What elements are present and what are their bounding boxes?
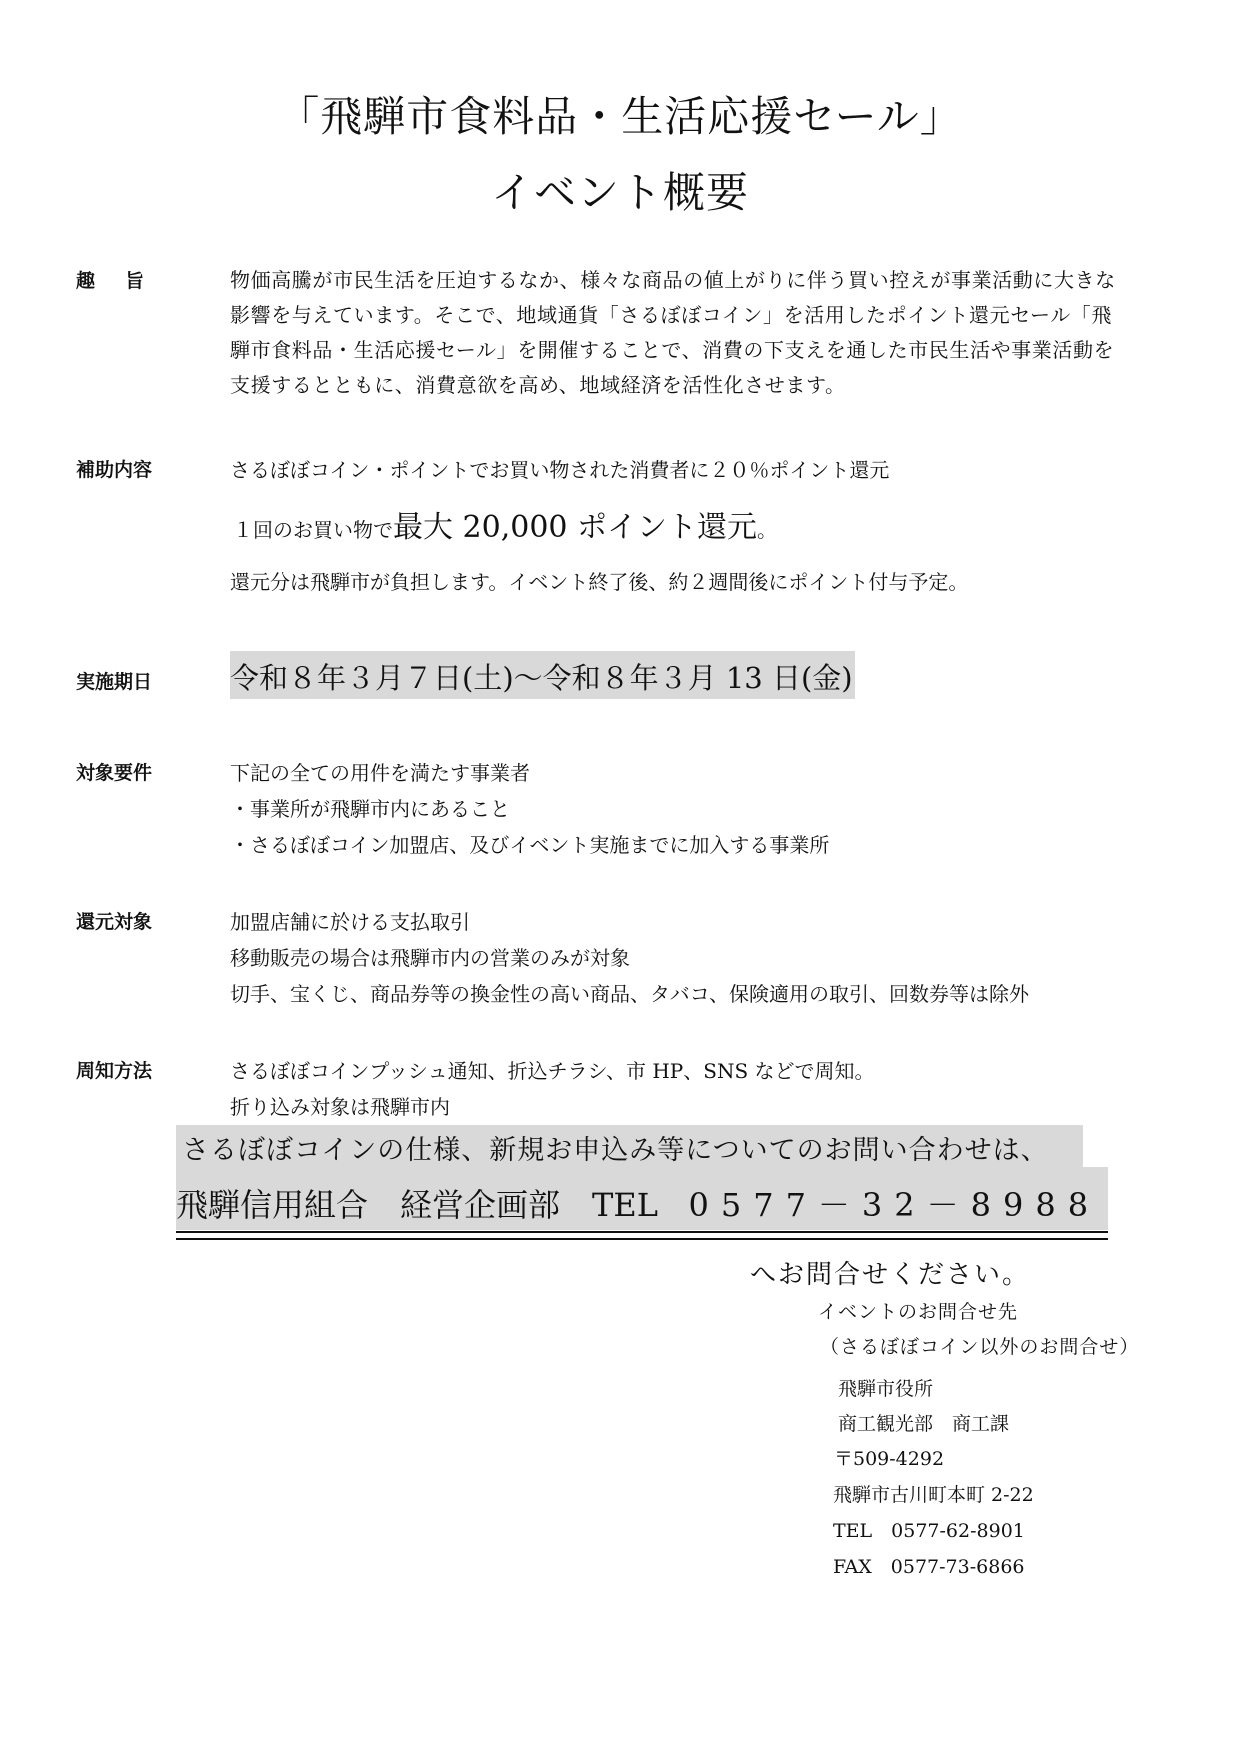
section-label-publicity: 周知方法 (76, 1056, 152, 1083)
section-label-eligibility: 対象要件 (76, 758, 152, 785)
document-subtitle: イベント概要 (0, 160, 1240, 220)
coin-contact-org: 飛騨信用組合 経営企画部 TEL (176, 1186, 658, 1224)
subsidy-rate-line: さるぼぼコイン・ポイントでお買い物された消費者に２０％ポイント還元 (230, 454, 889, 483)
eligibility-line: ・事業所が飛騨市内にあること (230, 793, 510, 822)
event-contact-note: （さるぼぼコイン以外のお問合せ） (820, 1332, 1139, 1359)
purpose-line: 騨市食料品・生活応援セール」を開催することで、消費の下支えを通した市民生活や事業… (230, 334, 1114, 363)
event-contact-department: 商工観光部 商工課 (838, 1409, 1009, 1436)
subsidy-max-line: １回のお買い物で最大 20,000 ポイント還元。 (233, 502, 777, 546)
event-contact-fax: FAX 0577-73-6866 (833, 1552, 1025, 1579)
section-label-period: 実施期日 (76, 667, 152, 694)
eligibility-line: 下記の全ての用件を満たす事業者 (230, 757, 530, 786)
subsidy-max-suffix: 。 (757, 518, 777, 542)
section-label-refund-target: 還元対象 (76, 907, 152, 934)
period-value: 令和８年３月７日(土)～令和８年３月 13 日(金) (230, 656, 853, 697)
refund-target-line: 切手、宝くじ、商品券等の換金性の高い商品、タバコ、保険適用の取引、回数券等は除外 (230, 978, 1029, 1007)
purpose-line: 物価高騰が市民生活を圧迫するなか、様々な商品の値上がりに伴う買い控えが事業活動に… (230, 264, 1116, 293)
coin-contact-line: 飛騨信用組合 経営企画部 TEL 0577－32－8988 (176, 1180, 1100, 1226)
double-underline (176, 1231, 1108, 1240)
event-contact-address: 飛騨市古川町本町 2-22 (833, 1480, 1034, 1507)
section-label-subsidy: 補助内容 (76, 455, 152, 482)
section-label-purpose: 趣旨 (76, 266, 174, 293)
document-title: 「飛騨市食料品・生活応援セール」 (0, 84, 1240, 144)
publicity-line: 折り込み対象は飛騨市内 (230, 1091, 450, 1120)
event-contact-postal: 〒509-4292 (834, 1444, 944, 1471)
eligibility-line: ・さるぼぼコイン加盟店、及びイベント実施までに加入する事業所 (230, 829, 829, 858)
purpose-line: 影響を与えています。そこで、地域通貨「さるぼぼコイン」を活用したポイント還元セー… (230, 299, 1112, 328)
subsidy-max-prefix: １回のお買い物で (233, 518, 393, 542)
event-contact-office: 飛騨市役所 (838, 1374, 933, 1401)
refund-target-line: 加盟店舗に於ける支払取引 (230, 906, 470, 935)
purpose-line: 支援するとともに、消費意欲を高め、地域経済を活性化させます。 (230, 369, 846, 398)
subsidy-note-line: 還元分は飛騨市が負担します。イベント終了後、約２週間後にポイント付与予定。 (230, 566, 968, 595)
subsidy-max-emphasis: 最大 20,000 ポイント還元 (393, 510, 757, 545)
publicity-line: さるぼぼコインプッシュ通知、折込チラシ、市 HP、SNS などで周知。 (230, 1055, 875, 1084)
event-contact-heading: イベントのお問合せ先 (818, 1297, 1018, 1324)
coin-inquiry-closing: へお問合せください。 (750, 1254, 1030, 1291)
coin-contact-tel: 0577－32－8988 (688, 1186, 1100, 1224)
coin-inquiry-intro: さるぼぼコインの仕様、新規お申込み等についてのお問い合わせは、 (182, 1128, 1049, 1167)
event-contact-tel: TEL 0577-62-8901 (833, 1516, 1025, 1543)
refund-target-line: 移動販売の場合は飛騨市内の営業のみが対象 (230, 942, 630, 971)
